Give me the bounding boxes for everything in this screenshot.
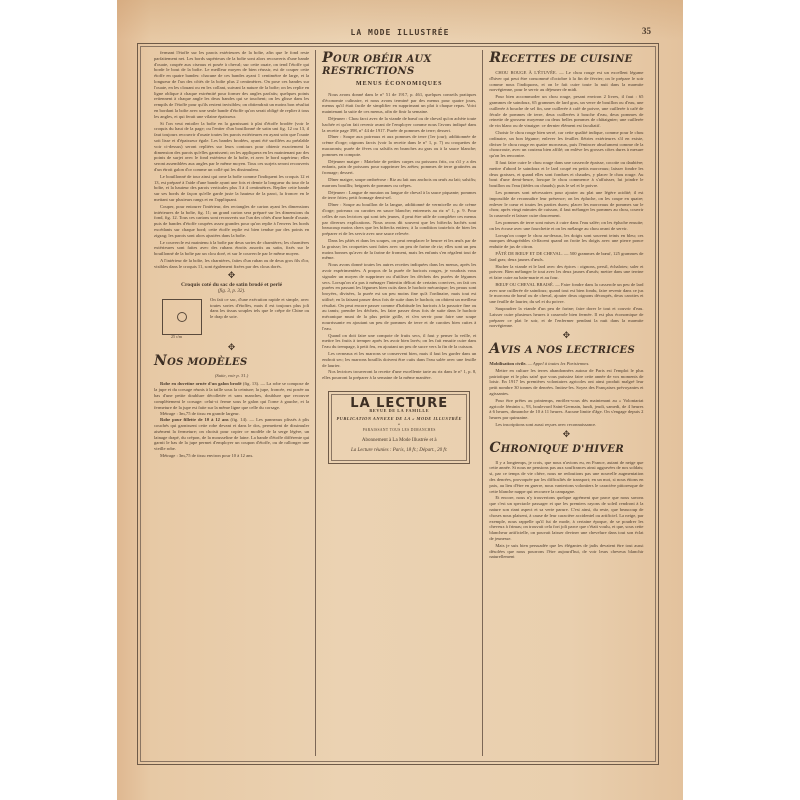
avis-paragraphs: Mettre en culture les terres abandonnées… (489, 368, 643, 428)
paragraph: Mettre en culture les terres abandonnées… (489, 368, 643, 397)
paragraph: PÂTÉ DE BŒUF ET DE CHEVAL. — 500 grammes… (489, 251, 643, 263)
avis-lead-title: Mobilisation civile. (489, 361, 526, 366)
avis-lead: Mobilisation civile. — Appel à toutes le… (489, 361, 643, 367)
paragraph: CHOU ROUGE À L'ÉTUVÉE. — Le chou rouge e… (489, 70, 643, 93)
content-frame: fermant l'étoffe sur les parois extérieu… (137, 43, 659, 765)
heading-text: OUR OBÉIR AUX RESTRICTIONS (322, 54, 431, 77)
ad-annex: PUBLICATION ANNEXE DE LA « MODE ILLUSTRÉ… (336, 416, 462, 428)
model-descriptions: Robe en duvetine ornée d'un galon brodé … (154, 381, 309, 458)
paragraph: Quand on doit faire une compote de fruit… (322, 333, 476, 350)
paragraph: Nous avons donné toutes les autres recet… (322, 262, 476, 332)
section-heading-recettes: RECETTES DE CUISINE (489, 52, 643, 66)
bag-sketch-diagram: 25 c/m (162, 299, 202, 335)
paragraph: Et encore, nous n'y trouverions quelque … (489, 495, 643, 541)
fleuron-ornament-icon: ✥ (489, 432, 643, 438)
paragraph: Le couvercle est maintenu à la boîte par… (154, 240, 309, 257)
chronique-paragraphs: Il y a longtemps, je crois, que nous n'a… (489, 460, 643, 561)
paragraph: Il y a longtemps, je crois, que nous n'a… (489, 460, 643, 495)
model-title: Robe en duvetine ornée d'un galon brodé (160, 381, 243, 386)
metrage: Métrage : 3m,75 de tissu environ pour 10… (154, 453, 309, 459)
fleuron-ornament-icon: ✥ (489, 333, 643, 339)
heading-text: HRONIQUE D'HIVER (501, 444, 624, 455)
paragraph: Pour bien accommoder un chou rouge, pesa… (489, 94, 643, 129)
heading-text: OS MODÈLES (167, 357, 247, 368)
paragraph: Nous avons donné dans le n° 51 de 1917, … (322, 92, 476, 115)
section-heading-avis: AVIS A NOS LECTRICES (489, 343, 643, 357)
paragraph: Les pommes sont nécessaires pour ajouter… (489, 190, 643, 219)
paragraph: Le bouillonné de tour ainsi qui orne la … (154, 174, 309, 203)
fleuron-ornament-icon: ✥ (154, 273, 309, 279)
sketch-dimension: 25 c/m (171, 334, 182, 340)
avis-lead-subtitle: — Appel à toutes les Parisiennes. (528, 361, 590, 366)
paragraph: A l'intérieur de la boîte, les charnière… (154, 258, 309, 270)
drop-cap: C (489, 440, 500, 456)
paragraph: Les pommes de terre sont mises à cuire d… (489, 220, 643, 232)
paragraph: Choisir le chou rouge bien serré, car ce… (489, 130, 643, 159)
paragraph: Dîner maigre, soupe ombrérose : Riz au l… (322, 177, 476, 189)
paragraph: fermant l'étoffe sur les parois extérieu… (154, 50, 309, 120)
paragraph: Couper, pour entourer l'intérieur, des r… (154, 204, 309, 239)
paragraph: BŒUF OU CHEVAL BRAISÉ. — Faire fondre da… (489, 282, 643, 305)
page-number: 35 (642, 26, 651, 36)
model-item: Robe pour fillette de 10 à 12 ans (fig. … (154, 417, 309, 452)
paragraph: Mais je suis bien persuadée que les élég… (489, 543, 643, 560)
paragraph: Dans les pâtés et dans les soupes, on pe… (322, 238, 476, 261)
embroidery-motif-icon (177, 312, 187, 322)
column-right: RECETTES DE CUISINE CHOU ROUGE À L'ÉTUVÉ… (482, 50, 649, 756)
paragraph: Les inscriptions sont aussi reçues avec … (489, 422, 643, 428)
paragraph: Si l'on veut entoiler la boîte en la gar… (154, 121, 309, 173)
fleuron-ornament-icon: ✥ (154, 345, 309, 351)
paragraph: Dîner : Soupe au bouillon de la langue, … (322, 202, 476, 237)
heading-text: ECETTES DE CUISINE (501, 54, 632, 65)
drop-cap: N (154, 353, 167, 369)
paragraph: Pour être prêtes au printemps, enrôlez-v… (489, 398, 643, 421)
paragraph: Déjeuner : Chou farci avec de la viande … (322, 116, 476, 133)
ad-subscription-line-2: La Lecture réunies : Paris, 18 fr.; Dépa… (336, 448, 462, 454)
sketch-reference: (fig. 3, p. 32). (154, 289, 309, 295)
column-middle-paragraphs: Nous avons donné dans le n° 51 de 1917, … (322, 92, 476, 381)
model-title: Robe pour fillette de 10 à 12 ans (160, 417, 231, 422)
section-heading-nos-modeles: NOS MODÈLES (154, 355, 309, 369)
model-item: Robe en duvetine ornée d'un galon brodé … (154, 381, 309, 410)
running-title: LA MODE ILLUSTRÉE (117, 28, 683, 37)
section-heading-chronique: CHRONIQUE D'HIVER (489, 442, 643, 456)
ad-title: LA LECTURE (336, 401, 462, 407)
drop-cap: R (489, 50, 501, 66)
heading-text: VIS A NOS LECTRICES (500, 345, 634, 356)
paragraph: Déjeuner : Langue de mouton ou langue de… (322, 190, 476, 202)
section-heading-restrictions: POUR OBÉIR AUX RESTRICTIONS (322, 52, 476, 78)
column-left-paragraphs: fermant l'étoffe sur les parois extérieu… (154, 50, 309, 269)
ad-subtitle: REVUE DE LA FAMILLE (336, 408, 462, 414)
ad-subscription-line-1: Abonnement à La Mode Illustrée et à (336, 438, 462, 444)
recipes-paragraphs: CHOU ROUGE À L'ÉTUVÉE. — Le chou rouge e… (489, 70, 643, 329)
column-middle: POUR OBÉIR AUX RESTRICTIONS MENUS ÉCONOM… (315, 50, 482, 756)
column-left: fermant l'étoffe sur les parois extérieu… (148, 50, 315, 756)
newspaper-page: LA MODE ILLUSTRÉE 35 fermant l'étoffe su… (117, 0, 683, 800)
sketch-block: 25 c/m On fait ce sac, d'une exécution r… (154, 297, 309, 341)
la-lecture-advertisement: LA LECTURE REVUE DE LA FAMILLE PUBLICATI… (328, 391, 470, 464)
drop-cap: P (322, 50, 333, 66)
sketch-description: On fait ce sac, d'une exécution rapide e… (210, 297, 309, 320)
ad-frequency: PARAISSANT TOUS LES DIMANCHES (336, 428, 462, 434)
paragraph: Déjeuner maigre : Matelote de petites ca… (322, 159, 476, 176)
paragraph: Lorsqu'on coupe le chou au-dessus, les d… (489, 233, 643, 250)
drop-cap: A (489, 341, 500, 357)
paragraph: Hacher la viande et le lard avec des épi… (489, 264, 643, 281)
metrage: Métrage : 3m,75 de tissu en grande large… (154, 411, 309, 417)
subheading-menus: MENUS ÉCONOMIQUES (322, 82, 476, 88)
paragraph: Dîner : Soupe aux poireaux et aux pommes… (322, 134, 476, 157)
paragraph: Nos lectrices trouveront la recette d'un… (322, 369, 476, 381)
paragraph: Saupoudrer la viande d'un peu de farine;… (489, 306, 643, 329)
paragraph: Les cerneaux et les marrons se conserven… (322, 351, 476, 368)
continued-note: (Suite, voir p. 31.) (154, 373, 309, 379)
sketch-title: Croquis coté du sac de satin brodé et pe… (154, 283, 309, 289)
paragraph: Il faut faire cuire le chou rouge dans u… (489, 160, 643, 189)
